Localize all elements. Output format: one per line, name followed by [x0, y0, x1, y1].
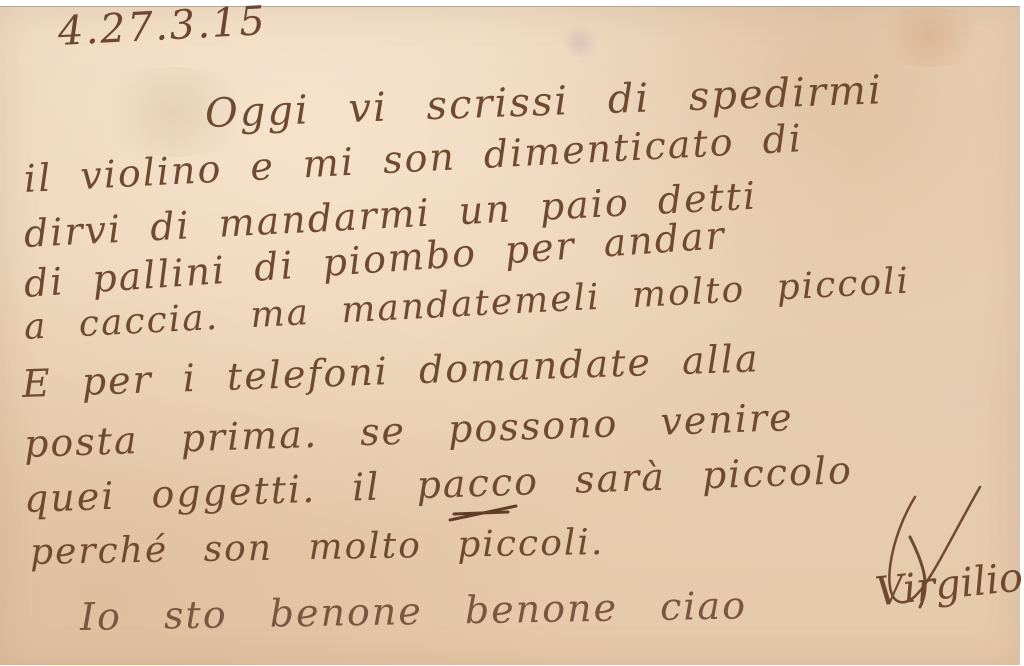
handwritten-date: 4.27.3.15	[57, 0, 268, 55]
handwritten-line: perché son molto piccoli.	[30, 522, 605, 573]
signature: Virgilio	[873, 554, 1024, 615]
paper-stain	[870, 7, 990, 67]
postcard: 4.27.3.15 Oggi vi scrissi di spedirmi il…	[0, 6, 1020, 665]
paper-stain	[560, 27, 600, 57]
handwritten-line: E per i telefoni domandate alla	[21, 336, 760, 406]
handwritten-closing: Io sto benone benone ciao	[80, 583, 748, 639]
